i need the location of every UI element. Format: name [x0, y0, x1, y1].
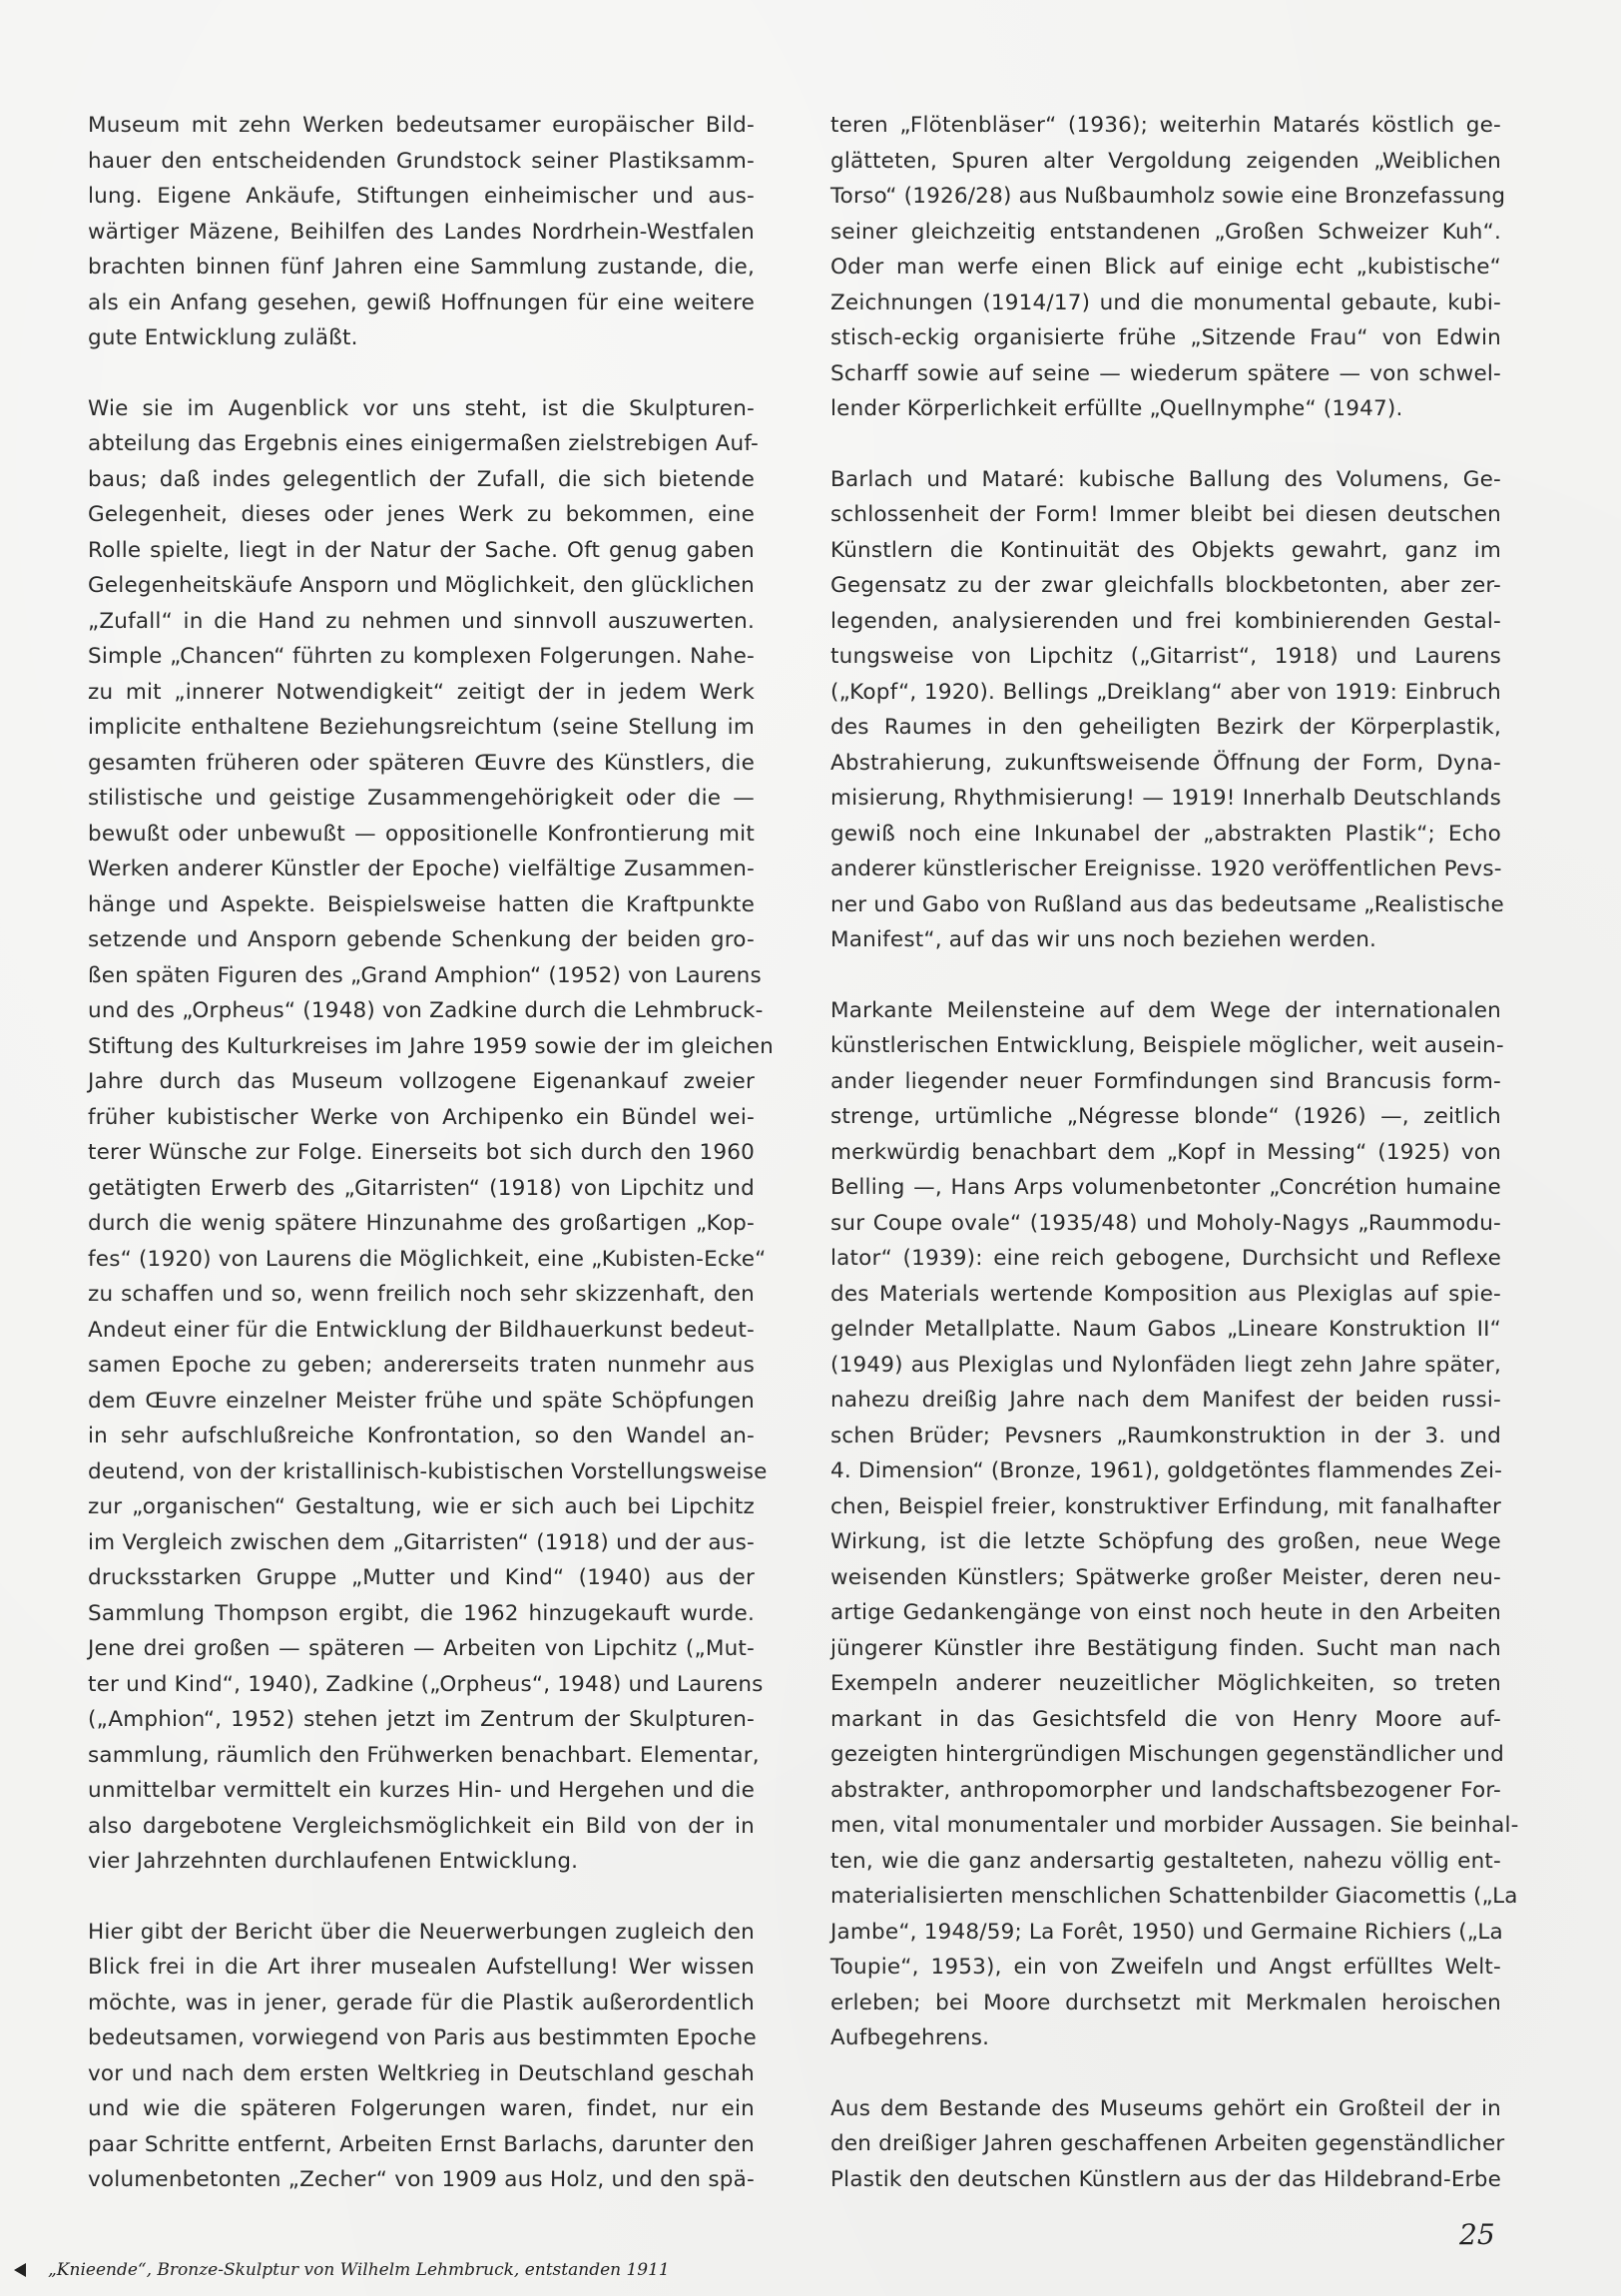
text-line: Aufbegehrens. — [830, 2020, 1501, 2056]
text-line: des Materials wertende Komposition aus P… — [830, 1277, 1501, 1313]
text-line: zur „organischen“ Gestaltung, wie er sic… — [88, 1489, 755, 1525]
text-line: implicite enthaltene Beziehungsreichtum … — [88, 710, 755, 746]
text-line: gute Entwicklung zuläßt. — [88, 320, 755, 356]
text-line: Gelegenheitskäufe Ansporn und Möglichkei… — [88, 568, 755, 604]
text-line: hauer den entscheidenden Grundstock sein… — [88, 144, 755, 180]
text-line: Plastik den deutschen Künstlern aus der … — [830, 2162, 1501, 2198]
text-line: möchte, was in jener, gerade für die Pla… — [88, 1986, 755, 2021]
text-line: brachten binnen fünf Jahren eine Sammlun… — [88, 250, 755, 286]
text-line: sur Coupe ovale“ (1935/48) und Moholy-Na… — [830, 1206, 1501, 1242]
text-line: Jahre durch das Museum vollzogene Eigena… — [88, 1064, 755, 1100]
text-line: früher kubistischer Werke von Archipenko… — [88, 1100, 755, 1136]
text-line: Belling —, Hans Arps volumenbetonter „Co… — [830, 1170, 1501, 1206]
figure-caption: „Knieende“, Bronze-Skulptur von Wilhelm … — [14, 2260, 670, 2280]
text-line: und des „Orpheus“ (1948) von Zadkine dur… — [88, 993, 755, 1029]
paragraph: Barlach und Mataré: kubische Ballung des… — [830, 462, 1501, 958]
text-line: merkwürdig benachbart dem „Kopf in Messi… — [830, 1135, 1501, 1171]
text-line: vier Jahrzehnten durchlaufenen Entwicklu… — [88, 1844, 755, 1880]
text-line: Rolle spielte, liegt in der Natur der Sa… — [88, 533, 755, 569]
text-line: Manifest“, auf das wir uns noch beziehen… — [830, 922, 1501, 958]
text-line: weisenden Künstlers; Spätwerke großer Me… — [830, 1560, 1501, 1596]
text-line: gelnder Metallplatte. Naum Gabos „Linear… — [830, 1312, 1501, 1348]
text-line: Jambe“, 1948/59; La Forêt, 1950) und Ger… — [830, 1915, 1501, 1951]
text-line: Toupie“, 1953), ein von Zweifeln und Ang… — [830, 1950, 1501, 1986]
text-line: tungsweise von Lipchitz („Gitarrist“, 19… — [830, 639, 1501, 675]
text-line: lator“ (1939): eine reich gebogene, Durc… — [830, 1241, 1501, 1277]
text-line: durch die wenig spätere Hinzunahme des g… — [88, 1206, 755, 1242]
text-line: paar Schritte entfernt, Arbeiten Ernst B… — [88, 2127, 755, 2163]
text-line: schlossenheit der Form! Immer bleibt bei… — [830, 497, 1501, 533]
caption-text: „Knieende“, Bronze-Skulptur von Wilhelm … — [48, 2260, 670, 2280]
text-line: misierung, Rhythmisierung! — 1919! Inner… — [830, 781, 1501, 817]
text-line: Gegensatz zu der zwar gleichfalls blockb… — [830, 568, 1501, 604]
text-line: ten, wie die ganz andersartig gestaltete… — [830, 1844, 1501, 1880]
text-line: lung. Eigene Ankäufe, Stiftungen einheim… — [88, 179, 755, 215]
text-line: baus; daß indes gelegentlich der Zufall,… — [88, 462, 755, 498]
text-line: bedeutsamen, vorwiegend von Paris aus be… — [88, 2020, 755, 2056]
left-pointing-triangle-icon — [14, 2263, 26, 2277]
text-line: sammlung, räumlich den Frühwerken benach… — [88, 1738, 755, 1774]
text-line: Gelegenheit, dieses oder jenes Werk zu b… — [88, 497, 755, 533]
text-line: Blick frei in die Art ihrer musealen Auf… — [88, 1950, 755, 1986]
text-line: schen Brüder; Pevsners „Raumkonstruktion… — [830, 1419, 1501, 1454]
text-line: bewußt oder unbewußt — oppositionelle Ko… — [88, 817, 755, 853]
text-line: („Kopf“, 1920). Bellings „Dreiklang“ abe… — [830, 675, 1501, 711]
text-line: glätteten, Spuren alter Vergoldung zeige… — [830, 144, 1501, 180]
text-line: legenden, analysierenden und frei kombin… — [830, 604, 1501, 640]
text-line: Jene drei großen — späteren — Arbeiten v… — [88, 1631, 755, 1667]
text-line: stilistische und geistige Zusammengehöri… — [88, 781, 755, 817]
text-line: zu schaffen und so, wenn freilich noch s… — [88, 1277, 755, 1313]
text-line: also dargebotene Vergleichsmöglichkeit e… — [88, 1809, 755, 1845]
text-line: Andeut einer für die Entwicklung der Bil… — [88, 1313, 755, 1349]
text-line: Abstrahierung, zukunftsweisende Öffnung … — [830, 746, 1501, 782]
text-line: vor und nach dem ersten Weltkrieg in Deu… — [88, 2056, 755, 2092]
text-line: markant in das Gesichtsfeld die von Henr… — [830, 1702, 1501, 1738]
text-line: Aus dem Bestande des Museums gehört ein … — [830, 2091, 1501, 2127]
text-line: jüngerer Künstler ihre Bestätigung finde… — [830, 1631, 1501, 1667]
text-line: „Zufall“ in die Hand zu nehmen und sinnv… — [88, 604, 755, 640]
paragraph: Museum mit zehn Werken bedeutsamer europ… — [88, 108, 755, 356]
text-line: lender Körperlichkeit erfüllte „Quellnym… — [830, 391, 1501, 427]
text-line: abteilung das Ergebnis eines einigermaße… — [88, 426, 755, 462]
text-line: gewiß noch eine Inkunabel der „abstrakte… — [830, 817, 1501, 853]
page-number: 25 — [1459, 2218, 1495, 2251]
right-text-column: teren „Flötenbläser“ (1936); weiterhin M… — [830, 108, 1501, 2232]
paragraph: teren „Flötenbläser“ (1936); weiterhin M… — [830, 108, 1501, 427]
text-line: volumenbetonten „Zecher“ von 1909 aus Ho… — [88, 2162, 755, 2198]
text-line: künstlerischen Entwicklung, Beispiele mö… — [830, 1028, 1501, 1064]
text-line: materialisierten menschlichen Schattenbi… — [830, 1879, 1501, 1915]
text-line: 4. Dimension“ (Bronze, 1961), goldgetönt… — [830, 1453, 1501, 1489]
text-line: getätigten Erwerb des „Gitarristen“ (191… — [88, 1171, 755, 1207]
text-line: in sehr aufschlußreiche Konfrontation, s… — [88, 1419, 755, 1454]
text-line: als ein Anfang gesehen, gewiß Hoffnungen… — [88, 286, 755, 321]
text-line: wärtiger Mäzene, Beihilfen des Landes No… — [88, 215, 755, 251]
text-line: seiner gleichzeitig entstandenen „Großen… — [830, 215, 1501, 251]
text-line: nahezu dreißig Jahre nach dem Manifest d… — [830, 1383, 1501, 1419]
text-line: strenge, urtümliche „Négresse blonde“ (1… — [830, 1099, 1501, 1135]
text-line: ßen späten Figuren des „Grand Amphion“ (… — [88, 958, 755, 994]
text-line: terer Wünsche zur Folge. Einerseits bot … — [88, 1135, 755, 1171]
text-line: deutend, von der kristallinisch-kubistis… — [88, 1454, 755, 1490]
text-line: anderer künstlerischer Ereignisse. 1920 … — [830, 852, 1501, 887]
text-line: Oder man werfe einen Blick auf einige ec… — [830, 250, 1501, 286]
text-line: Sammlung Thompson ergibt, die 1962 hinzu… — [88, 1596, 755, 1632]
text-line: men, vital monumentaler und morbider Aus… — [830, 1808, 1501, 1844]
text-line: zu mit „innerer Notwendigkeit“ zeitigt d… — [88, 675, 755, 711]
text-line: Exempeln anderer neuzeitlicher Möglichke… — [830, 1666, 1501, 1702]
left-text-column: Museum mit zehn Werken bedeutsamer europ… — [88, 108, 755, 2233]
text-line: teren „Flötenbläser“ (1936); weiterhin M… — [830, 108, 1501, 144]
text-line: gesamten früheren oder späteren Œuvre de… — [88, 746, 755, 782]
text-line: Simple „Chancen“ führten zu komplexen Fo… — [88, 639, 755, 675]
text-line: drucksstarken Gruppe „Mutter und Kind“ (… — [88, 1560, 755, 1596]
text-line: Hier gibt der Bericht über die Neuerwerb… — [88, 1915, 755, 1951]
text-line: Barlach und Mataré: kubische Ballung des… — [830, 462, 1501, 498]
paragraph: Hier gibt der Bericht über die Neuerwerb… — [88, 1915, 755, 2198]
text-line: artige Gedankengänge von einst noch heut… — [830, 1595, 1501, 1631]
text-line: fes“ (1920) von Laurens die Möglichkeit,… — [88, 1242, 755, 1278]
text-line: ner und Gabo von Rußland aus das bedeuts… — [830, 887, 1501, 923]
text-line: erleben; bei Moore durchsetzt mit Merkma… — [830, 1986, 1501, 2021]
text-line: samen Epoche zu geben; andererseits trat… — [88, 1348, 755, 1384]
text-line: Künstlern die Kontinuität des Objekts ge… — [830, 533, 1501, 569]
text-line: chen, Beispiel freier, konstruktiver Erf… — [830, 1489, 1501, 1525]
text-line: (1949) aus Plexiglas und Nylonfäden lieg… — [830, 1348, 1501, 1384]
text-line: gezeigten hintergründigen Mischungen geg… — [830, 1737, 1501, 1773]
text-line: Museum mit zehn Werken bedeutsamer europ… — [88, 108, 755, 144]
text-line: im Vergleich zwischen dem „Gitarristen“ … — [88, 1525, 755, 1561]
text-line: unmittelbar vermittelt ein kurzes Hin- u… — [88, 1773, 755, 1809]
text-line: Markante Meilensteine auf dem Wege der i… — [830, 993, 1501, 1029]
text-line: Wirkung, ist die letzte Schöpfung des gr… — [830, 1524, 1501, 1560]
text-line: Werken anderer Künstler der Epoche) viel… — [88, 852, 755, 887]
text-line: Torso“ (1926/28) aus Nußbaumholz sowie e… — [830, 179, 1501, 215]
text-line: des Raumes in den geheiligten Bezirk der… — [830, 710, 1501, 746]
paragraph: Markante Meilensteine auf dem Wege der i… — [830, 993, 1501, 2056]
text-line: stisch-eckig organisierte frühe „Sitzend… — [830, 320, 1501, 356]
text-line: dem Œuvre einzelner Meister frühe und sp… — [88, 1384, 755, 1420]
text-line: setzende und Ansporn gebende Schenkung d… — [88, 922, 755, 958]
text-line: ter und Kind“, 1940), Zadkine („Orpheus“… — [88, 1667, 755, 1703]
text-line: Wie sie im Augenblick vor uns steht, ist… — [88, 391, 755, 427]
text-line: ander liegender neuer Formfindungen sind… — [830, 1064, 1501, 1100]
paragraph: Aus dem Bestande des Museums gehört ein … — [830, 2091, 1501, 2198]
text-line: hänge und Aspekte. Beispielsweise hatten… — [88, 887, 755, 923]
text-line: („Amphion“, 1952) stehen jetzt im Zentru… — [88, 1702, 755, 1738]
paragraph: Wie sie im Augenblick vor uns steht, ist… — [88, 391, 755, 1880]
text-line: und wie die späteren Folgerungen waren, … — [88, 2091, 755, 2127]
text-line: Stiftung des Kulturkreises im Jahre 1959… — [88, 1029, 755, 1065]
text-line: Scharff sowie auf seine — wiederum späte… — [830, 356, 1501, 392]
text-line: Zeichnungen (1914/17) und die monumental… — [830, 286, 1501, 321]
text-line: den dreißiger Jahren geschaffenen Arbeit… — [830, 2126, 1501, 2162]
text-line: abstrakter, anthropomorpher und landscha… — [830, 1773, 1501, 1809]
